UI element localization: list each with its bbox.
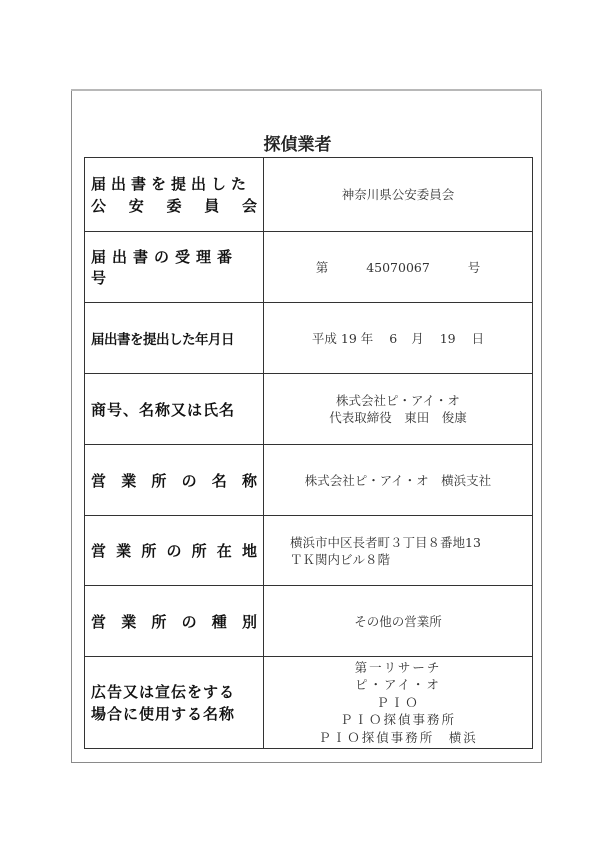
label-line-spread: 公安委員会 xyxy=(91,195,257,217)
registration-table: 届出書を提出した 公安委員会 神奈川県公安委員会 届出書の受理番号 第 4507… xyxy=(84,157,533,749)
value-submission-date: 平成 19 年 6 月 19 日 xyxy=(264,303,533,374)
value-commission: 神奈川県公安委員会 xyxy=(264,158,533,232)
value-line: 第一リサーチ xyxy=(264,659,532,677)
value-line: 株式会社ピ・アイ・オ xyxy=(264,392,532,409)
date-day-unit: 日 xyxy=(472,331,485,346)
label-office-type: 営業所の種別 xyxy=(85,586,264,657)
label-commission: 届出書を提出した 公安委員会 xyxy=(85,158,264,232)
date-month-unit: 月 xyxy=(411,331,424,346)
date-year-unit: 年 xyxy=(361,331,374,346)
date-era: 平成 xyxy=(312,331,337,346)
value-line: 代表取締役 東田 俊康 xyxy=(264,409,532,426)
table-row-office-name: 営業所の名称 株式会社ピ・アイ・オ 横浜支社 xyxy=(85,445,533,516)
value-line: ＰＩＯ xyxy=(264,694,532,712)
value-line: 横浜市中区長者町３丁目８番地13 xyxy=(290,534,532,551)
document-title: 探偵業者 xyxy=(0,130,595,155)
value-advertising-names: 第一リサーチ ピ・アイ・オ ＰＩＯ ＰＩＯ探偵事務所 ＰＩＯ探偵事務所 横浜 xyxy=(264,657,533,749)
table-row-office-type: 営業所の種別 その他の営業所 xyxy=(85,586,533,657)
date-year: 19 xyxy=(341,331,357,346)
date-day: 19 xyxy=(440,331,456,346)
receipt-suffix: 号 xyxy=(468,260,481,275)
label-line: 届出書を提出した xyxy=(91,173,257,195)
receipt-prefix: 第 xyxy=(316,260,329,275)
receipt-number: 45070067 xyxy=(366,260,430,275)
label-line: 広告又は宣伝をする xyxy=(91,681,257,703)
date-month: 6 xyxy=(389,331,397,346)
value-office-type: その他の営業所 xyxy=(264,586,533,657)
value-line: ＰＩＯ探偵事務所 横浜 xyxy=(264,729,532,747)
table-row-office-address: 営業所の所在地 横浜市中区長者町３丁目８番地13 ＴＫ関内ビル８階 xyxy=(85,516,533,586)
value-line: ピ・アイ・オ xyxy=(264,676,532,694)
value-office-name: 株式会社ピ・アイ・オ 横浜支社 xyxy=(264,445,533,516)
value-office-address: 横浜市中区長者町３丁目８番地13 ＴＫ関内ビル８階 xyxy=(264,516,533,586)
table-row-receipt-number: 届出書の受理番号 第 45070067 号 xyxy=(85,232,533,303)
value-receipt-number: 第 45070067 号 xyxy=(264,232,533,303)
label-receipt-number: 届出書の受理番号 xyxy=(85,232,264,303)
value-line: ＰＩＯ探偵事務所 xyxy=(264,711,532,729)
table-row-commission: 届出書を提出した 公安委員会 神奈川県公安委員会 xyxy=(85,158,533,232)
value-line: ＴＫ関内ビル８階 xyxy=(290,551,532,568)
label-advertising-names: 広告又は宣伝をする 場合に使用する名称 xyxy=(85,657,264,749)
label-line: 場合に使用する名称 xyxy=(91,703,257,725)
label-submission-date: 届出書を提出した年月日 xyxy=(85,303,264,374)
label-office-address: 営業所の所在地 xyxy=(85,516,264,586)
value-trade-name: 株式会社ピ・アイ・オ 代表取締役 東田 俊康 xyxy=(264,374,533,445)
label-trade-name: 商号、名称又は氏名 xyxy=(85,374,264,445)
table-row-submission-date: 届出書を提出した年月日 平成 19 年 6 月 19 日 xyxy=(85,303,533,374)
frame-top-edge xyxy=(71,89,542,91)
label-office-name: 営業所の名称 xyxy=(85,445,264,516)
table-row-trade-name: 商号、名称又は氏名 株式会社ピ・アイ・オ 代表取締役 東田 俊康 xyxy=(85,374,533,445)
table-row-advertising-names: 広告又は宣伝をする 場合に使用する名称 第一リサーチ ピ・アイ・オ ＰＩＯ ＰＩ… xyxy=(85,657,533,749)
